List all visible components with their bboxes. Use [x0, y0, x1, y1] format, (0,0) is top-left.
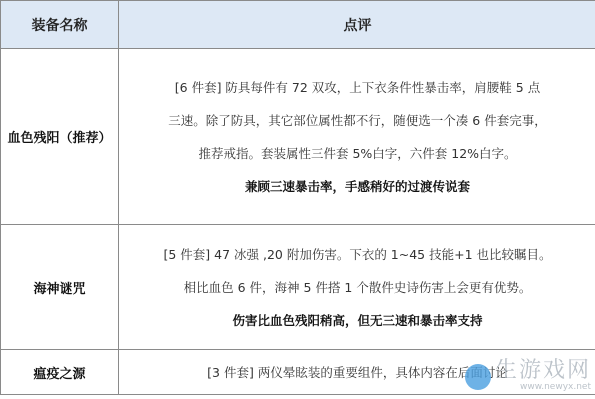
equipment-review: [6 件套] 防具每件有 72 双攻，上下衣条件性暴击率，肩腰鞋 5 点 三速。…	[119, 49, 595, 225]
equipment-table: 装备名称 点评 血色残阳（推荐） [6 件套] 防具每件有 72 双攻，上下衣条…	[0, 0, 595, 395]
equipment-name: 海神谜咒	[1, 225, 119, 350]
watermark-url: www.newyx.net	[520, 382, 591, 393]
table-row: 血色残阳（推荐） [6 件套] 防具每件有 72 双攻，上下衣条件性暴击率，肩腰…	[1, 49, 595, 225]
equipment-name: 血色残阳（推荐）	[1, 49, 119, 225]
review-line: 推荐戒指。套装属性三件套 5%白字，六件套 12%白字。	[119, 137, 595, 170]
review-line: [5 件套] 47 冰强 ,20 附加伤害。下衣的 1~45 技能+1 也比较瞩…	[119, 238, 595, 271]
watermark: 生游戏网 www.newyx.net	[465, 360, 591, 393]
header-review: 点评	[119, 1, 595, 49]
table-header-row: 装备名称 点评	[1, 1, 595, 49]
equipment-review: [5 件套] 47 冰强 ,20 附加伤害。下衣的 1~45 技能+1 也比较瞩…	[119, 225, 595, 350]
table-row: 海神谜咒 [5 件套] 47 冰强 ,20 附加伤害。下衣的 1~45 技能+1…	[1, 225, 595, 350]
header-equipment-name: 装备名称	[1, 1, 119, 49]
review-summary: 兼顾三速暴击率，手感稍好的过渡传说套	[119, 170, 595, 203]
review-summary: 伤害比血色残阳稍高，但无三速和暴击率支持	[119, 304, 595, 337]
review-line: 相比血色 6 件，海神 5 件搭 1 个散件史诗伤害上会更有优势。	[119, 271, 595, 304]
watermark-text: 生游戏网 www.newyx.net	[495, 360, 591, 393]
review-line: [6 件套] 防具每件有 72 双攻，上下衣条件性暴击率，肩腰鞋 5 点	[119, 71, 595, 104]
mascot-logo-icon	[465, 364, 491, 390]
review-line: 三速。除了防具，其它部位属性都不行，随便选一个凑 6 件套完事，	[119, 104, 595, 137]
watermark-title: 生游戏网	[495, 360, 591, 382]
equipment-name: 瘟疫之源	[1, 350, 119, 395]
